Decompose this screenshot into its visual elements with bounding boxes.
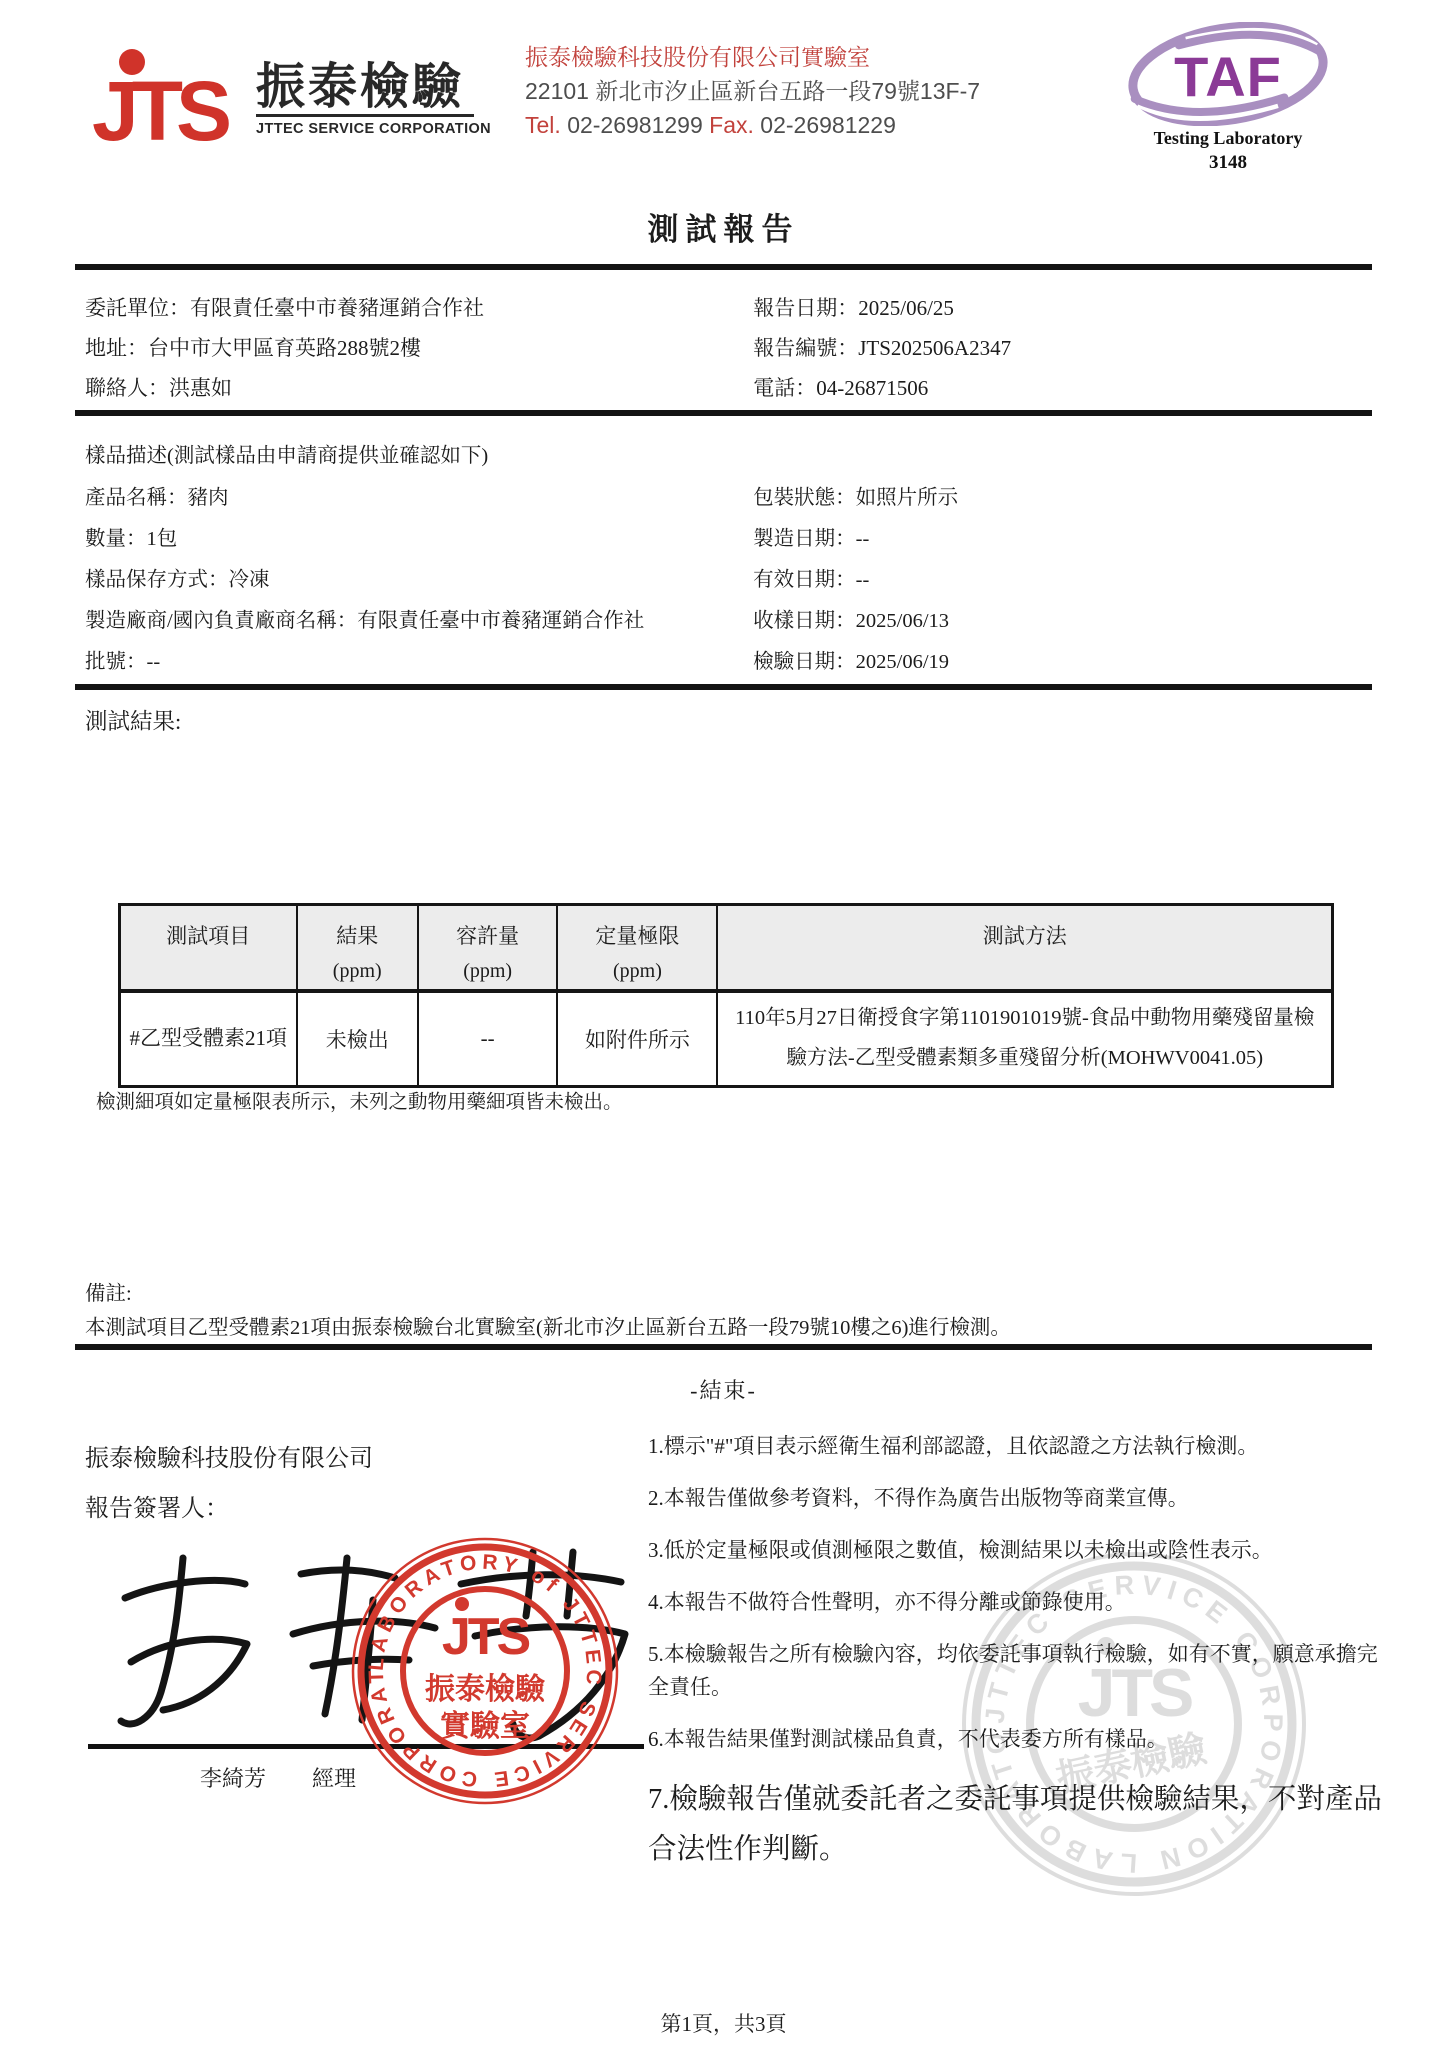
taf-logo-icon: TAF (1122, 22, 1334, 126)
sample-info-section: 產品名稱：豬肉 包裝狀態：如照片所示 數量：1包 製造日期：-- 樣品保存方式：… (85, 480, 958, 685)
sample-info-row: 批號：-- 檢驗日期：2025/06/19 (85, 644, 958, 685)
client-phone: 電話：04-26871506 (753, 376, 928, 400)
col-test-item: 測試項目 (120, 905, 297, 992)
fax-value: 02-26981229 (760, 112, 896, 138)
note-item-4: 4.本報告不做符合性聲明，亦不得分離或節錄使用。 (648, 1586, 1396, 1619)
cell-result: 未檢出 (297, 991, 418, 1086)
cell-allowance: -- (418, 991, 557, 1086)
report-number: 報告編號：JTS202506A2347 (753, 336, 1011, 360)
company-stamp-icon: LABORATORY of JTTEC SERVICE CORPORATION … (350, 1536, 620, 1806)
test-report-page: JTS 振泰檢驗 JTTEC SERVICE CORPORATION 振泰檢驗科… (0, 0, 1447, 2048)
col-allowance: 容許量 (ppm) (418, 905, 557, 992)
receive-date: 收樣日期：2025/06/13 (753, 610, 949, 632)
cell-method: 110年5月27日衛授食字第1101901019號-食品中動物用藥殘留量檢驗方法… (717, 991, 1332, 1086)
results-table-header-row: 測試項目 結果 (ppm) 容許量 (ppm) 定量極限 (ppm) 測試方法 (120, 905, 1333, 992)
note-item-5: 5.本檢驗報告之所有檢驗內容，均依委託事項執行檢驗，如有不實，願意承擔完全責任。 (648, 1638, 1396, 1704)
stamp-line1: 振泰檢驗 (425, 1672, 546, 1706)
client-info-row: 委託單位：有限責任臺中市養豬運銷合作社 報告日期：2025/06/25 (85, 292, 1011, 332)
client-address: 地址：台中市大甲區育英路288號2樓 (85, 332, 748, 362)
col-loq: 定量極限 (ppm) (557, 905, 717, 992)
client-info-row: 聯絡人：洪惠如 電話：04-26871506 (85, 372, 1011, 412)
cell-loq: 如附件所示 (557, 991, 717, 1086)
report-date: 報告日期：2025/06/25 (753, 296, 954, 320)
results-footnote: 檢測細項如定量極限表所示，未列之動物用藥細項皆未檢出。 (96, 1086, 623, 1114)
page-number: 第1頁，共3頁 (0, 2008, 1447, 2038)
lab-name: 振泰檢驗科技股份有限公司實驗室 (525, 40, 980, 74)
signature-caption: 李綺芳經理 (200, 1762, 356, 1793)
cell-test-item: #乙型受體素21項 (120, 991, 297, 1086)
logo-divider (256, 114, 474, 117)
client-info-section: 委託單位：有限責任臺中市養豬運銷合作社 報告日期：2025/06/25 地址：台… (85, 292, 1011, 412)
sample-section-heading: 樣品描述(測試樣品由申請商提供並確認如下) (85, 438, 488, 468)
divider-rule (75, 1344, 1372, 1350)
remarks-label: 備註: (85, 1276, 132, 1306)
note-item-7: 7.檢驗報告僅就委託者之委託事項提供檢驗結果，不對產品合法性作判斷。 (648, 1775, 1396, 1875)
test-date: 檢驗日期：2025/06/19 (753, 651, 949, 673)
signing-company: 振泰檢驗科技股份有限公司 (85, 1438, 373, 1473)
client-info-row: 地址：台中市大甲區育英路288號2樓 報告編號：JTS202506A2347 (85, 332, 1011, 372)
jts-logo-acronym: JTS (92, 64, 229, 152)
manufacture-date: 製造日期：-- (753, 528, 869, 550)
end-marker: -結束- (0, 1374, 1447, 1405)
logo-brand-cn: 振泰檢驗 (256, 48, 464, 118)
note-item-2: 2.本報告僅做參考資料，不得作為廣告出版物等商業宣傳。 (648, 1482, 1396, 1515)
lab-address: 22101 新北市汐止區新台五路一段79號13F-7 (525, 74, 980, 108)
stamp-line2: 實驗室 (440, 1710, 530, 1743)
sample-info-row: 製造廠商/國內負責廠商名稱：有限責任臺中市養豬運銷合作社 收樣日期：2025/0… (85, 603, 958, 644)
packing-state: 包裝狀態：如照片所示 (753, 487, 958, 509)
storage-method: 樣品保存方式：冷凍 (85, 562, 748, 592)
logo-brand-en: JTTEC SERVICE CORPORATION (256, 121, 491, 137)
client-contact: 聯絡人：洪惠如 (85, 372, 748, 402)
product-name: 產品名稱：豬肉 (85, 480, 748, 510)
manufacturer: 製造廠商/國內負責廠商名稱：有限責任臺中市養豬運銷合作社 (85, 603, 748, 633)
divider-rule (75, 684, 1372, 690)
taf-caption: Testing Laboratory (1122, 128, 1334, 149)
sample-info-row: 產品名稱：豬肉 包裝狀態：如照片所示 (85, 480, 958, 521)
quantity: 數量：1包 (85, 521, 748, 551)
batch-number: 批號：-- (85, 644, 748, 674)
note-item-3: 3.低於定量極限或偵測極限之數值，檢測結果以未檢出或陰性表示。 (648, 1534, 1396, 1567)
note-item-1: 1.標示"#"項目表示經衛生福利部認證，且依認證之方法執行檢測。 (648, 1430, 1396, 1463)
note-item-6: 6.本報告結果僅對測試樣品負責，不代表委方所有樣品。 (648, 1723, 1396, 1756)
sample-info-row: 數量：1包 製造日期：-- (85, 521, 958, 562)
client-unit: 委託單位：有限責任臺中市養豬運銷合作社 (85, 292, 748, 322)
results-table: 測試項目 結果 (ppm) 容許量 (ppm) 定量極限 (ppm) 測試方法 (118, 903, 1334, 1088)
results-heading: 測試結果: (85, 704, 181, 736)
taf-number: 3148 (1122, 152, 1334, 174)
header-contact-block: 振泰檢驗科技股份有限公司實驗室 22101 新北市汐止區新台五路一段79號13F… (525, 40, 980, 142)
notes-list: 1.標示"#"項目表示經衛生福利部認證，且依認證之方法執行檢測。 2.本報告僅做… (648, 1430, 1396, 1894)
divider-rule (75, 264, 1372, 270)
taf-acronym: TAF (1174, 45, 1282, 108)
jts-logo-icon: JTS (92, 38, 262, 152)
stamp-acronym: JTS (442, 1608, 530, 1666)
expiry-date: 有效日期：-- (753, 569, 869, 591)
signer-name: 李綺芳 (200, 1766, 266, 1791)
divider-rule (75, 410, 1372, 416)
tel-label: Tel. (525, 112, 561, 138)
remarks-text: 本測試項目乙型受體素21項由振泰檢驗台北實驗室(新北市汐止區新台五路一段79號1… (85, 1310, 1011, 1340)
tel-value: 02-26981299 (567, 112, 703, 138)
col-method: 測試方法 (717, 905, 1332, 992)
fax-label: Fax. (709, 112, 754, 138)
sample-info-row: 樣品保存方式：冷凍 有效日期：-- (85, 562, 958, 603)
col-result: 結果 (ppm) (297, 905, 418, 992)
page-title: 測試報告 (0, 204, 1447, 249)
signer-label: 報告簽署人： (85, 1488, 229, 1523)
lab-phone-line: Tel. 02-26981299 Fax. 02-26981229 (525, 108, 980, 142)
results-table-row: #乙型受體素21項 未檢出 -- 如附件所示 110年5月27日衛授食字第110… (120, 991, 1333, 1086)
